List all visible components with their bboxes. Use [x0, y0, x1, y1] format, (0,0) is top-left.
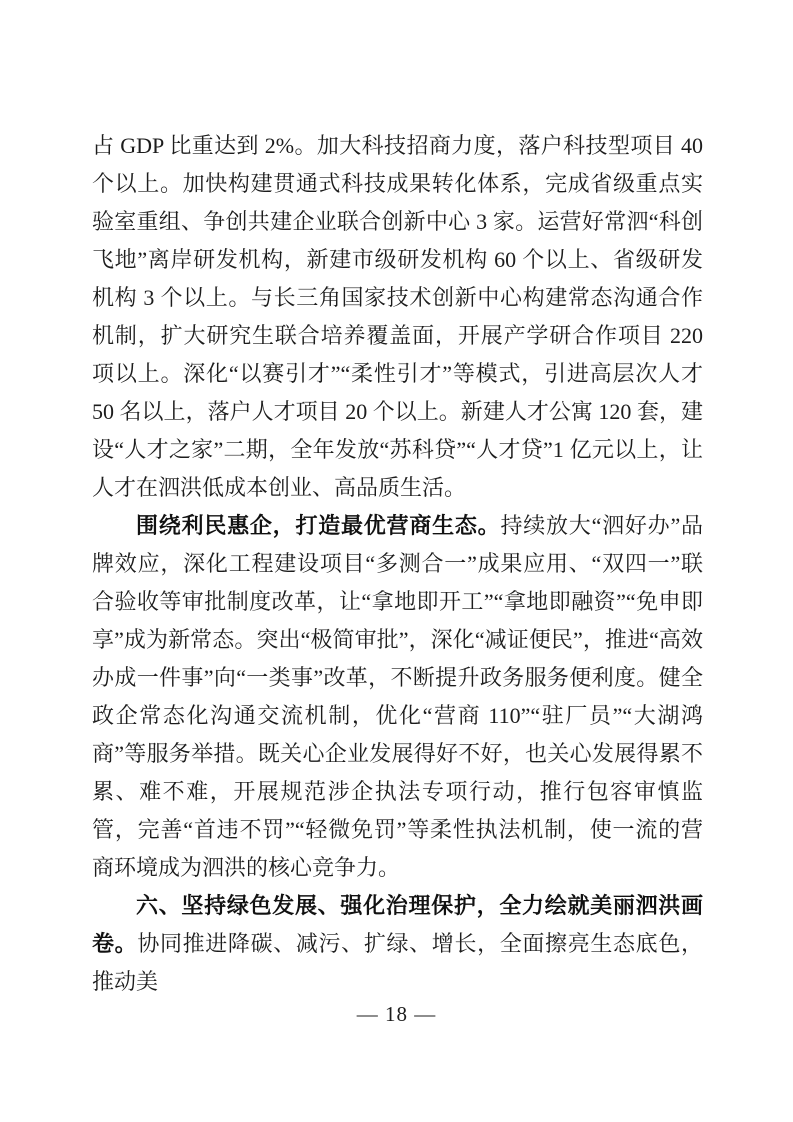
paragraph-section-six: 六、坚持绿色发展、强化治理保护，全力绘就美丽泗洪画卷。协同推进降碳、减污、扩绿、… — [92, 887, 703, 1001]
paragraph-body-text: 持续放大“泗好办”品牌效应，深化工程建设项目“多测合一”成果应用、“双四一”联合… — [92, 513, 703, 880]
paragraph-business-environment: 围绕利民惠企，打造最优营商生态。持续放大“泗好办”品牌效应，深化工程建设项目“多… — [92, 507, 703, 887]
paragraph-body-text: 协同推进降碳、减污、扩绿、增长，全面擦亮生态底色，推动美 — [92, 931, 703, 994]
text-block: 占 GDP 比重达到 2%。加大科技招商力度，落户科技型项目 40 个以上。加快… — [92, 127, 703, 1001]
paragraph-lead-bold: 围绕利民惠企，打造最优营商生态。 — [136, 513, 500, 538]
document-page: 占 GDP 比重达到 2%。加大科技招商力度，落户科技型项目 40 个以上。加快… — [0, 0, 793, 1122]
paragraph-tech-talent-continuation: 占 GDP 比重达到 2%。加大科技招商力度，落户科技型项目 40 个以上。加快… — [92, 127, 703, 507]
page-number: — 18 — — [0, 1002, 793, 1027]
